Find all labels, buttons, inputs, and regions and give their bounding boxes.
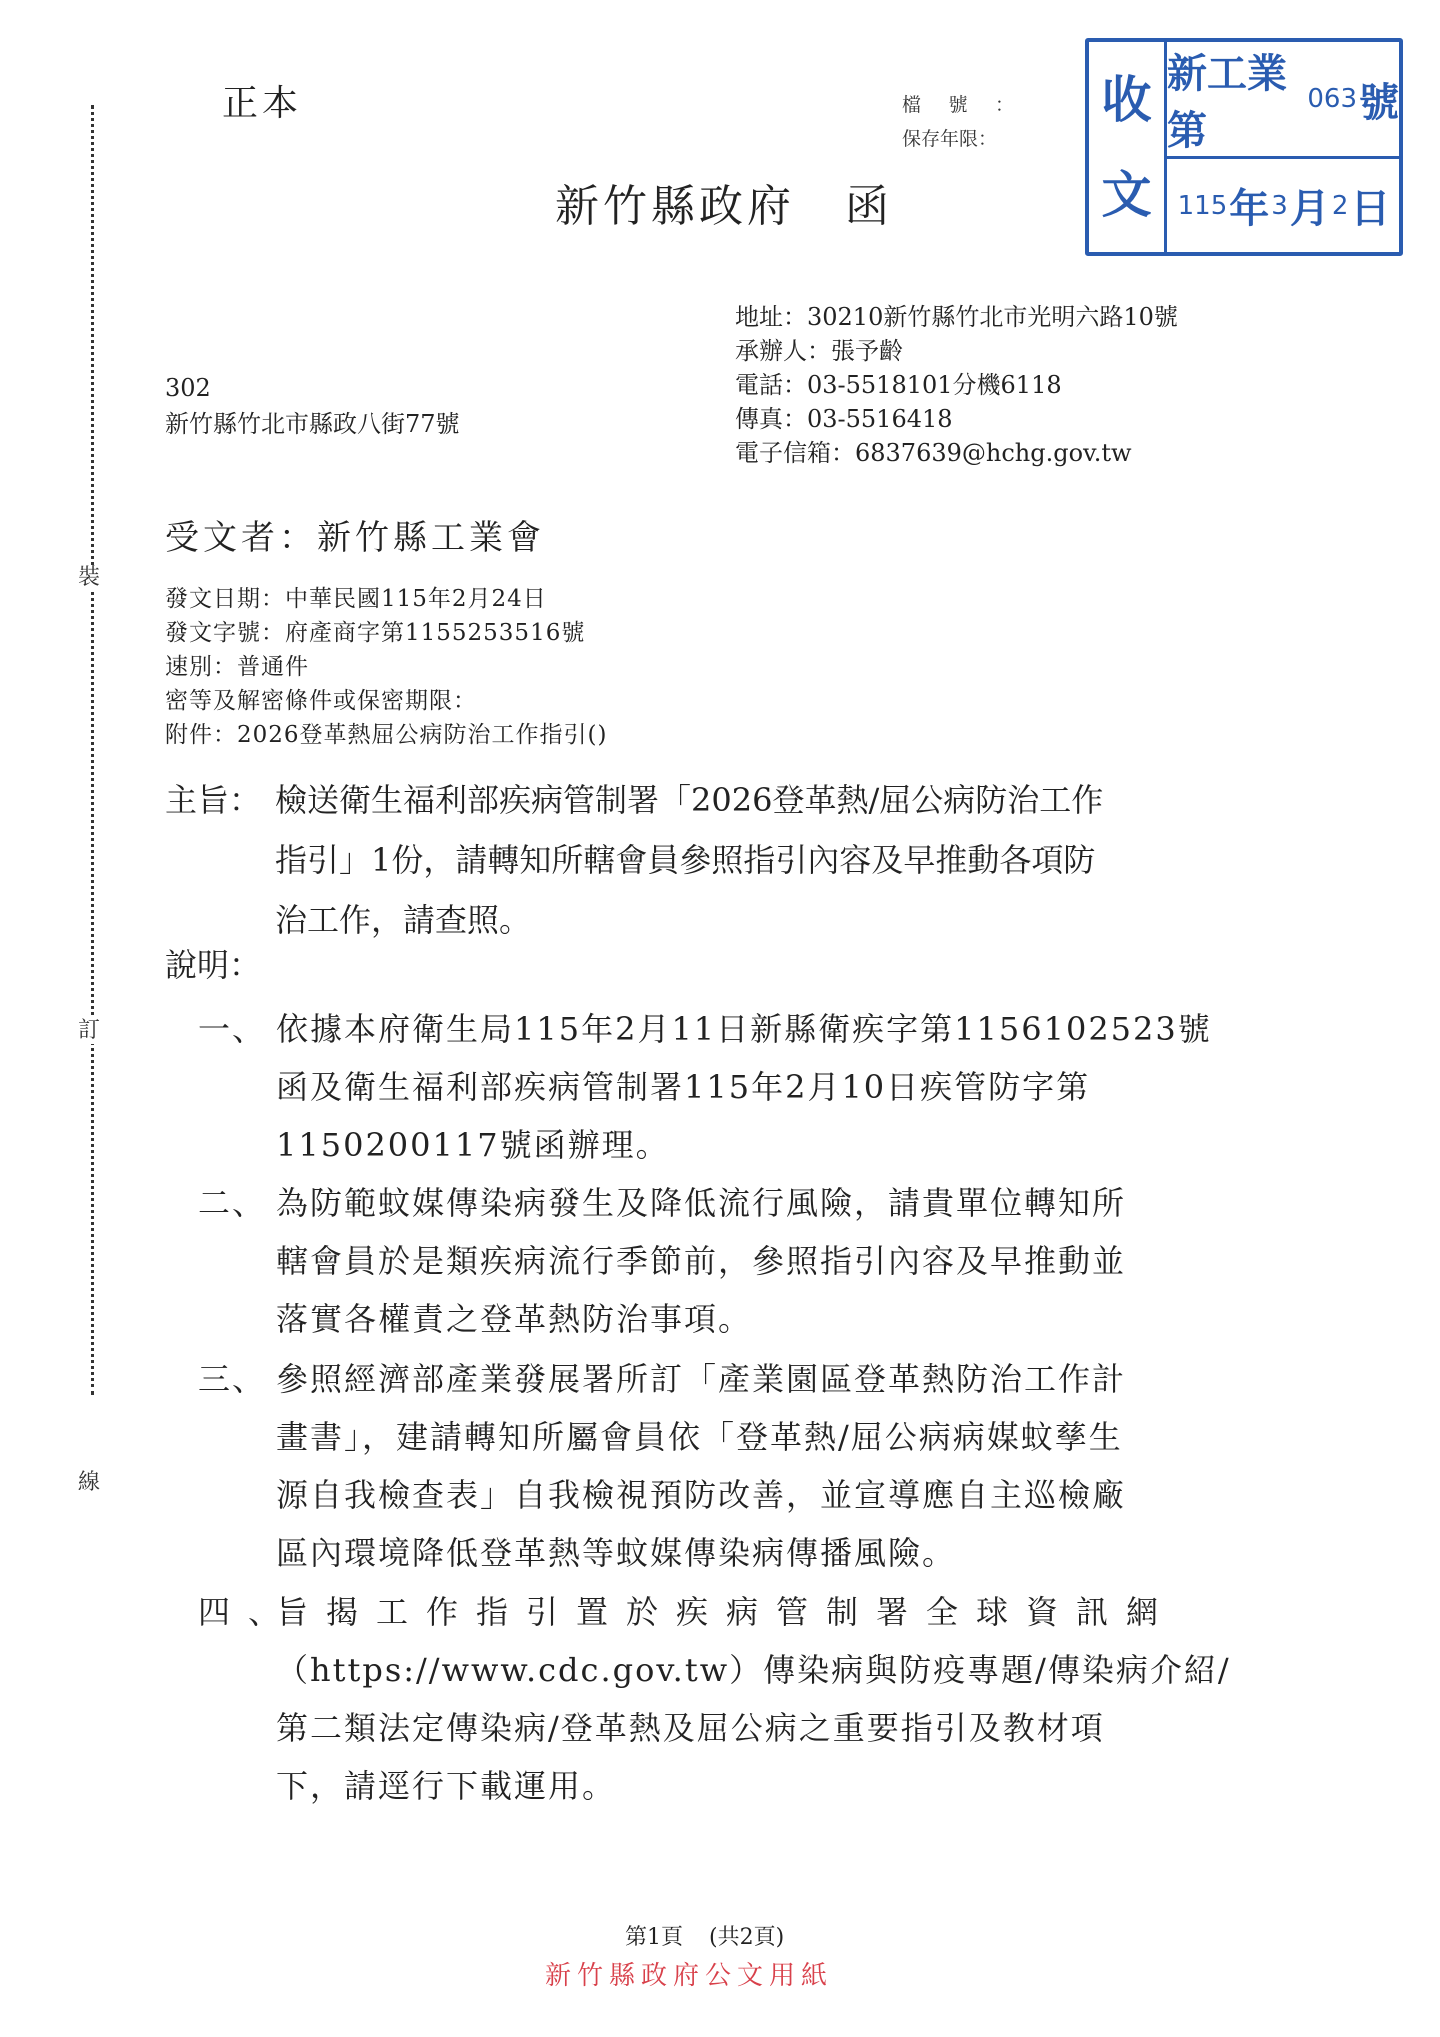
file-number-char-2: 號 — [948, 88, 967, 122]
item-4-line-4: 下，請逕行下載運用。 — [198, 1757, 1258, 1815]
retention-row: 保存年限： — [902, 122, 1014, 156]
stamp-date-cell: 115 年 3 月 2 日 — [1167, 159, 1399, 252]
document-number: 發文字號：府產商字第1155253516號 — [165, 616, 607, 650]
stamp-char-receive: 收 — [1102, 75, 1152, 125]
attachment: 附件：2026登革熱屈公病防治工作指引() — [165, 718, 607, 752]
doc-type: 函 — [845, 181, 893, 232]
issue-date: 發文日期：中華民國115年2月24日 — [165, 582, 607, 616]
total-pages: (共2頁) — [709, 1925, 784, 1950]
stamp-number-prefix: 新工業第 — [1167, 42, 1305, 156]
item-1-number: 一、 — [198, 1000, 276, 1058]
file-meta: 檔 號 ： 保存年限： — [902, 88, 1014, 156]
explanation-item-2: 二、為防範蚊媒傳染病發生及降低流行風險，請貴單位轉知所 轄會員於是類疾病流行季節… — [198, 1174, 1258, 1348]
item-3-number: 三、 — [198, 1350, 276, 1408]
stamp-number-suffix: 號 — [1359, 71, 1399, 128]
item-1-text-1: 依據本府衛生局115年2月11日新縣衛疾字第1156102523號 — [276, 1010, 1212, 1048]
item-4-line-1: 四、旨揭工作指引置於疾病管制署全球資訊網 — [198, 1583, 1258, 1641]
item-2-line-3: 落實各權責之登革熱防治事項。 — [198, 1290, 1258, 1348]
current-page: 第1頁 — [625, 1925, 683, 1950]
stamp-char-document: 文 — [1102, 170, 1152, 220]
document-title: 新竹縣政府函 — [555, 170, 893, 234]
contact-block: 地址：30210新竹縣竹北市光明六路10號 承辦人：張予齡 電話：03-5518… — [735, 300, 1178, 470]
item-3-line-1: 三、參照經濟部產業發展署所訂「產業園區登革熱防治工作計 — [198, 1350, 1258, 1408]
stamp-year-handwritten: 115 — [1178, 191, 1228, 221]
stamp-left-column: 收 文 — [1089, 42, 1167, 252]
item-2-number: 二、 — [198, 1174, 276, 1232]
copy-type-label: 正本 — [222, 75, 302, 126]
stamp-number-handwritten: 063 — [1307, 84, 1357, 114]
delivery-speed: 速別：普通件 — [165, 650, 607, 684]
subject-text-1: 檢送衛生福利部疾病管制署「2026登革熱/屈公病防治工作 — [275, 781, 1103, 819]
file-number-row: 檔 號 ： — [902, 88, 1014, 122]
item-1-line-1: 一、依據本府衛生局115年2月11日新縣衛疾字第1156102523號 — [198, 1000, 1258, 1058]
document-meta: 發文日期：中華民國115年2月24日 發文字號：府產商字第1155253516號… — [165, 582, 607, 752]
contact-handler: 承辦人：張予齡 — [735, 334, 1178, 368]
item-4-number: 四、 — [198, 1583, 276, 1641]
retention-label: 保存年限： — [902, 122, 997, 156]
item-3-line-4: 區內環境降低登革熱等蚊媒傳染病傳播風險。 — [198, 1524, 1258, 1582]
item-3-text-1: 參照經濟部產業發展署所訂「產業園區登革熱防治工作計 — [276, 1360, 1126, 1398]
contact-address: 地址：30210新竹縣竹北市光明六路10號 — [735, 300, 1178, 334]
street-address: 新竹縣竹北市縣政八街77號 — [165, 406, 460, 442]
stamp-number-cell: 新工業第 063 號 — [1167, 42, 1399, 159]
stamp-month-label: 月 — [1290, 177, 1330, 234]
subject-line-2: 指引」1份，請轉知所轄會員參照指引內容及早推動各項防 — [165, 830, 1265, 890]
item-2-line-2: 轄會員於是類疾病流行季節前，參照指引內容及早推動並 — [198, 1232, 1258, 1290]
item-4-line-2: （https://www.cdc.gov.tw）傳染病與防疫專題/傳染病介紹/ — [198, 1641, 1258, 1699]
issuer-name: 新竹縣政府 — [555, 181, 795, 232]
file-number-colon: ： — [995, 88, 1014, 122]
binding-dotted-line — [91, 105, 94, 1395]
binding-char-ding: 訂 — [78, 1018, 100, 1044]
classification: 密等及解密條件或保密期限： — [165, 684, 607, 718]
item-3-line-3: 源自我檢查表」自我檢視預防改善，並宣導應自主巡檢廠 — [198, 1466, 1258, 1524]
item-3-line-2: 畫書」，建請轉知所屬會員依「登革熱/屈公病病媒蚊孳生 — [198, 1408, 1258, 1466]
stamp-day-handwritten: 2 — [1332, 191, 1349, 221]
binding-char-xian: 線 — [78, 1470, 100, 1496]
contact-phone: 電話：03-5518101分機6118 — [735, 368, 1178, 402]
recipient-mailing-address: 302 新竹縣竹北市縣政八街77號 — [165, 370, 460, 442]
recipient: 受文者：新竹縣工業會 — [165, 510, 545, 559]
explanation-label: 說明： — [165, 940, 1265, 990]
stationery-footer: 新竹縣政府公文用紙 — [545, 1955, 833, 1992]
item-1-line-2: 函及衛生福利部疾病管制署115年2月10日疾管防字第 — [198, 1058, 1258, 1116]
file-number-label: 檔 號 ： — [902, 88, 1014, 122]
subject-line-1: 主旨：檢送衛生福利部疾病管制署「2026登革熱/屈公病防治工作 — [165, 770, 1265, 830]
item-1-line-3: 1150200117號函辦理。 — [198, 1116, 1258, 1174]
file-number-char-1: 檔 — [902, 88, 921, 122]
stamp-month-handwritten: 3 — [1271, 191, 1288, 221]
binding-char-zhuang: 裝 — [78, 565, 100, 591]
contact-email: 電子信箱：6837639@hchg.gov.tw — [735, 436, 1178, 470]
stamp-year-label: 年 — [1229, 177, 1269, 234]
stamp-day-label: 日 — [1350, 177, 1390, 234]
page-number: 第1頁(共2頁) — [625, 1920, 784, 1951]
contact-fax: 傳真：03-5516418 — [735, 402, 1178, 436]
item-4-text-1: 旨揭工作指引置於疾病管制署全球資訊網 — [276, 1593, 1176, 1631]
explanation-item-4: 四、旨揭工作指引置於疾病管制署全球資訊網 （https://www.cdc.go… — [198, 1583, 1258, 1815]
item-4-line-3: 第二類法定傳染病/登革熱及屈公病之重要指引及教材項 — [198, 1699, 1258, 1757]
item-2-text-1: 為防範蚊媒傳染病發生及降低流行風險，請貴單位轉知所 — [276, 1184, 1126, 1222]
receipt-stamp: 收 文 新工業第 063 號 115 年 3 月 2 日 — [1085, 38, 1403, 256]
explanation-item-3: 三、參照經濟部產業發展署所訂「產業園區登革熱防治工作計 畫書」，建請轉知所屬會員… — [198, 1350, 1258, 1582]
postal-code: 302 — [165, 370, 460, 406]
explanation-item-1: 一、依據本府衛生局115年2月11日新縣衛疾字第1156102523號 函及衛生… — [198, 1000, 1258, 1174]
subject-section: 主旨：檢送衛生福利部疾病管制署「2026登革熱/屈公病防治工作 指引」1份，請轉… — [165, 770, 1265, 950]
item-2-line-1: 二、為防範蚊媒傳染病發生及降低流行風險，請貴單位轉知所 — [198, 1174, 1258, 1232]
subject-label: 主旨： — [165, 770, 275, 830]
